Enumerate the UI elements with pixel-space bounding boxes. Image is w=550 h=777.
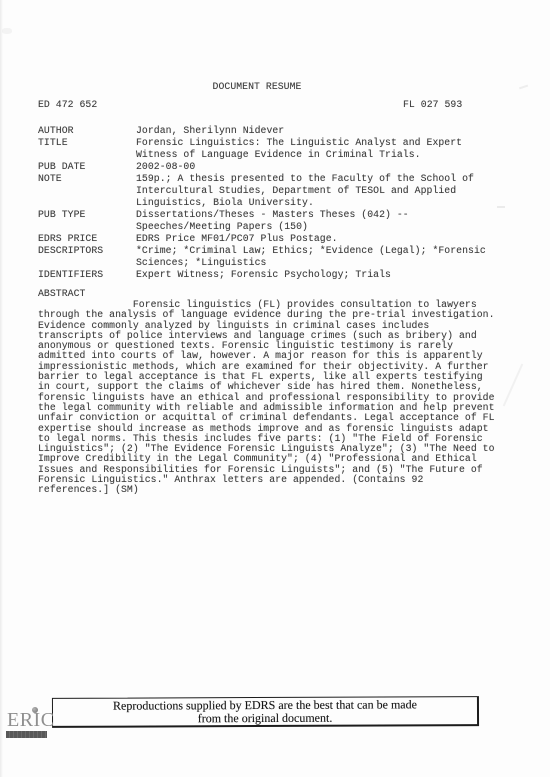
field-value: Expert Witness; Forensic Psychology; Tri… — [136, 269, 512, 281]
field-row-pub-type: PUB TYPE Dissertations/Theses - Masters … — [38, 209, 512, 233]
scan-artifact — [519, 85, 528, 89]
abstract-body: Forensic linguistics (FL) provides consu… — [38, 300, 524, 496]
field-value: Jordan, Sherilynn Nidever — [136, 125, 512, 137]
field-value: Dissertations/Theses - Masters Theses (0… — [136, 209, 512, 233]
field-row-descriptors: DESCRIPTORS *Crime; *Criminal Law; Ethic… — [38, 245, 512, 269]
ed-number: ED 472 652 — [38, 99, 97, 110]
eric-logo-dot-icon — [32, 707, 38, 713]
field-label: DESCRIPTORS — [38, 245, 136, 257]
field-label: PUB DATE — [38, 161, 136, 173]
field-label: AUTHOR — [38, 125, 136, 137]
field-row-author: AUTHOR Jordan, Sherilynn Nidever — [38, 125, 512, 137]
document-resume-title: DOCUMENT RESUME — [0, 81, 514, 92]
field-row-title: TITLE Forensic Linguistics: The Linguist… — [38, 137, 512, 161]
fl-clearinghouse-number: FL 027 593 — [403, 99, 462, 110]
scan-artifact — [2, 28, 12, 34]
field-value: 2002-08-00 — [136, 161, 512, 173]
bibliographic-fields: AUTHOR Jordan, Sherilynn Nidever TITLE F… — [38, 125, 512, 281]
field-label: IDENTIFIERS — [38, 269, 136, 281]
eric-logo-text: ERIC — [7, 709, 51, 731]
field-value: 159p.; A thesis presented to the Faculty… — [136, 173, 512, 209]
document-resume-page: DOCUMENT RESUME ED 472 652 FL 027 593 AU… — [0, 0, 550, 777]
scan-edge-shadow — [0, 0, 3, 777]
repro-notice-line2: from the original document. — [53, 711, 477, 726]
field-value: *Crime; *Criminal Law; Ethics; *Evidence… — [136, 245, 512, 269]
field-label: EDRS PRICE — [38, 233, 136, 245]
abstract-heading: ABSTRACT — [38, 288, 85, 299]
field-row-note: NOTE 159p.; A thesis presented to the Fa… — [38, 173, 512, 209]
eric-logo: ERIC — [7, 709, 51, 745]
field-value: Forensic Linguistics: The Linguistic Ana… — [136, 137, 512, 161]
field-row-identifiers: IDENTIFIERS Expert Witness; Forensic Psy… — [38, 269, 512, 281]
field-label: PUB TYPE — [38, 209, 136, 221]
field-row-pub-date: PUB DATE 2002-08-00 — [38, 161, 512, 173]
edrs-reproduction-notice-box: Reproductions supplied by EDRS are the b… — [52, 696, 479, 728]
eric-tagline-box — [6, 731, 47, 738]
field-label: TITLE — [38, 137, 136, 149]
field-value: EDRS Price MF01/PC07 Plus Postage. — [136, 233, 512, 245]
field-row-edrs-price: EDRS PRICE EDRS Price MF01/PC07 Plus Pos… — [38, 233, 512, 245]
field-label: NOTE — [38, 173, 136, 185]
